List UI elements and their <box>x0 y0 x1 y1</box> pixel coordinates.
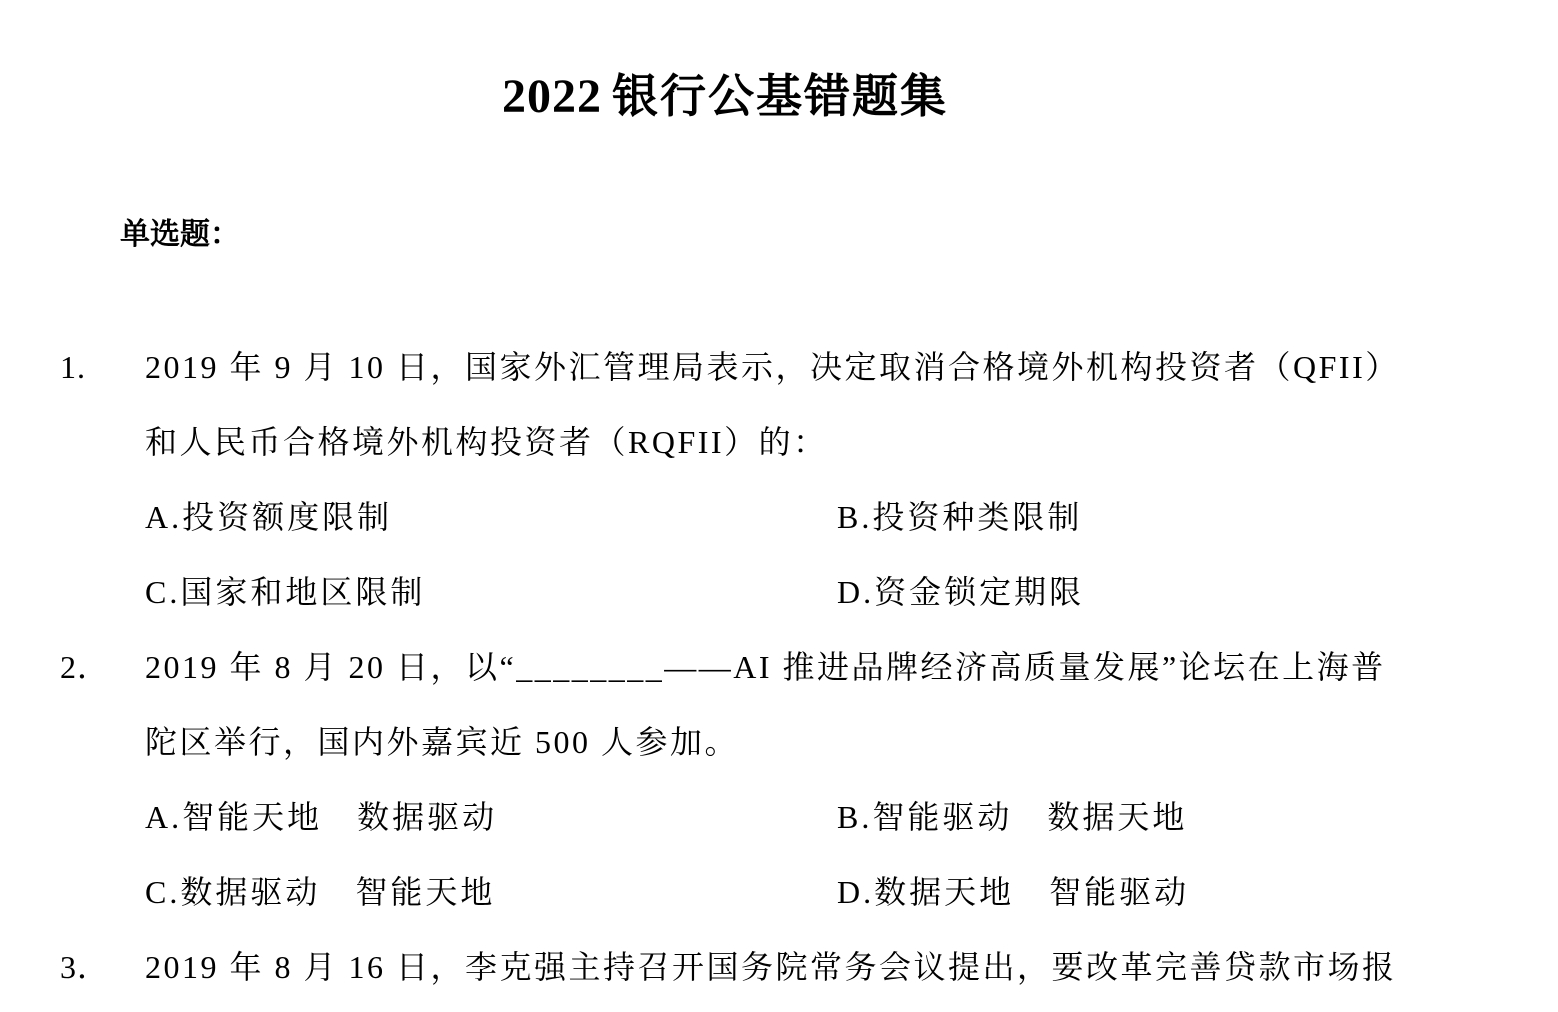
question-2-line-1: 2．2019 年 8 月 20 日，以“________——AI 推进品牌经济高… <box>60 630 1400 705</box>
question-2-option-c: C.数据驱动 智能天地 <box>145 855 837 930</box>
document-page: 2022银行公基错题集 单选题： 1.2019 年 9 月 10 日，国家外汇管… <box>0 0 1558 1012</box>
question-2-option-d: D.数据天地 智能驱动 <box>837 874 1189 910</box>
question-1-option-d: D.资金锁定期限 <box>837 574 1084 610</box>
question-2-options-row-ab: A.智能天地 数据驱动B.智能驱动 数据天地 <box>60 780 1400 855</box>
question-1-options-row-cd: C.国家和地区限制D.资金锁定期限 <box>60 555 1400 630</box>
question-list: 1.2019 年 9 月 10 日，国家外汇管理局表示，决定取消合格境外机构投资… <box>60 330 1400 1005</box>
question-1-number: 1. <box>60 330 145 405</box>
question-1-option-b: B.投资种类限制 <box>837 499 1082 535</box>
question-2-number: 2． <box>60 630 145 705</box>
question-1-options-row-ab: A.投资额度限制B.投资种类限制 <box>60 480 1400 555</box>
title-year: 2022 <box>502 70 602 123</box>
question-3-text-line-1: 2019 年 8 月 16 日，李克强主持召开国务院常务会议提出，要改革完善贷款… <box>145 949 1397 985</box>
title-text: 银行公基错题集 <box>612 70 948 122</box>
question-2-text-line-2: 陀区举行，国内外嘉宾近 500 人参加。 <box>60 705 1400 780</box>
question-2-option-b: B.智能驱动 数据天地 <box>837 799 1187 835</box>
question-1-option-a: A.投资额度限制 <box>145 480 837 555</box>
question-1-text-line-1: 2019 年 9 月 10 日，国家外汇管理局表示，决定取消合格境外机构投资者（… <box>145 349 1400 385</box>
section-heading: 单选题： <box>120 213 240 257</box>
question-2-options-row-cd: C.数据驱动 智能天地D.数据天地 智能驱动 <box>60 855 1400 930</box>
question-1-line-1: 1.2019 年 9 月 10 日，国家外汇管理局表示，决定取消合格境外机构投资… <box>60 330 1400 405</box>
question-2-text-line-1: 2019 年 8 月 20 日，以“________——AI 推进品牌经济高质量… <box>145 649 1386 685</box>
question-3-line-1: 3．2019 年 8 月 16 日，李克强主持召开国务院常务会议提出，要改革完善… <box>60 930 1400 1005</box>
document-title: 2022银行公基错题集 <box>60 66 1390 138</box>
question-1-text-line-2: 和人民币合格境外机构投资者（RQFII）的： <box>60 405 1400 480</box>
question-2-option-a: A.智能天地 数据驱动 <box>145 780 837 855</box>
question-1-option-c: C.国家和地区限制 <box>145 555 837 630</box>
question-3-number: 3． <box>60 930 145 1005</box>
